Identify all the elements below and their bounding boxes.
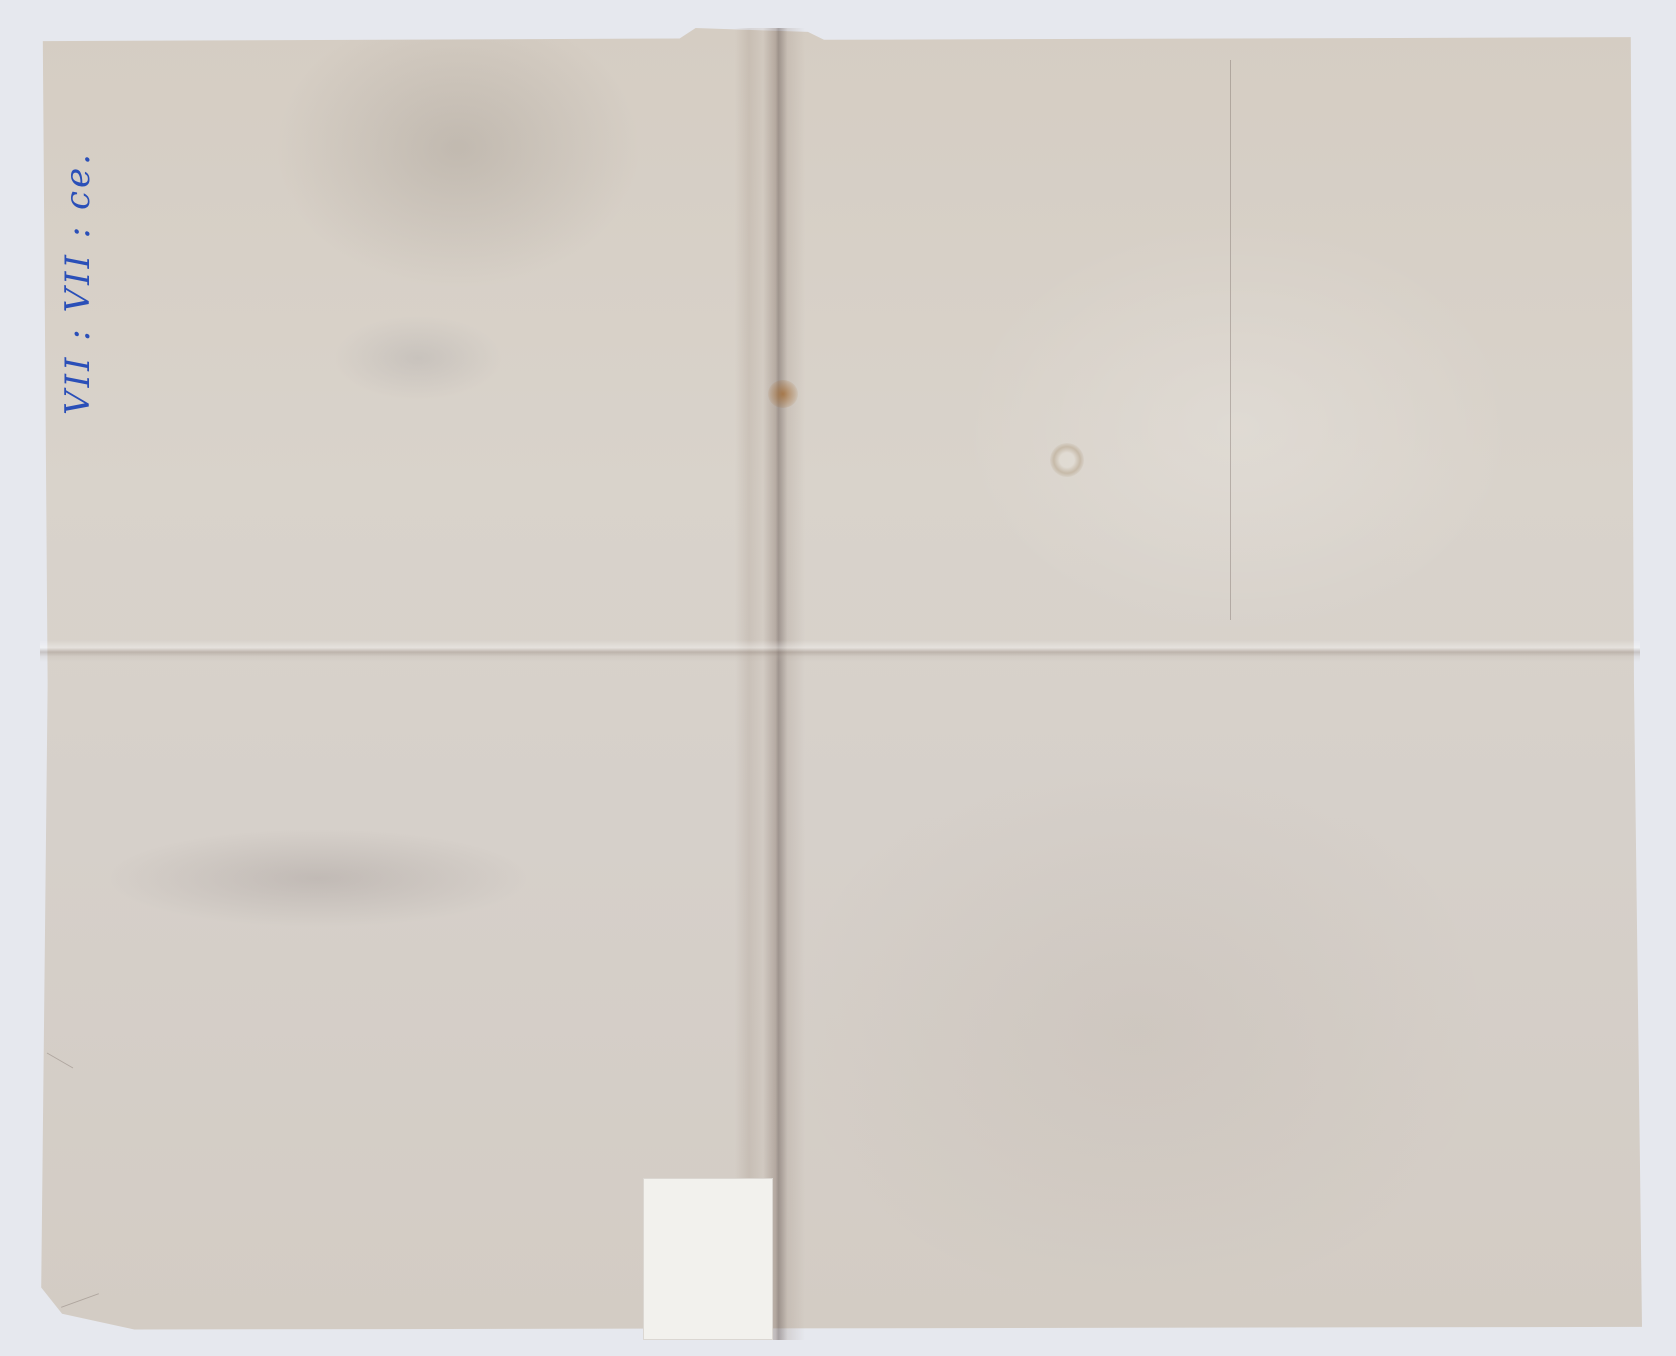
paper-sheet — [38, 28, 1642, 1340]
handwritten-annotation: VII : VII : ce. — [58, 105, 98, 415]
vertical-fold — [735, 28, 805, 1340]
rust-stain — [768, 380, 798, 408]
horizontal-fold — [40, 640, 1640, 662]
crease-line — [1230, 60, 1231, 620]
pasted-label — [643, 1178, 773, 1340]
water-stain — [1050, 443, 1084, 477]
